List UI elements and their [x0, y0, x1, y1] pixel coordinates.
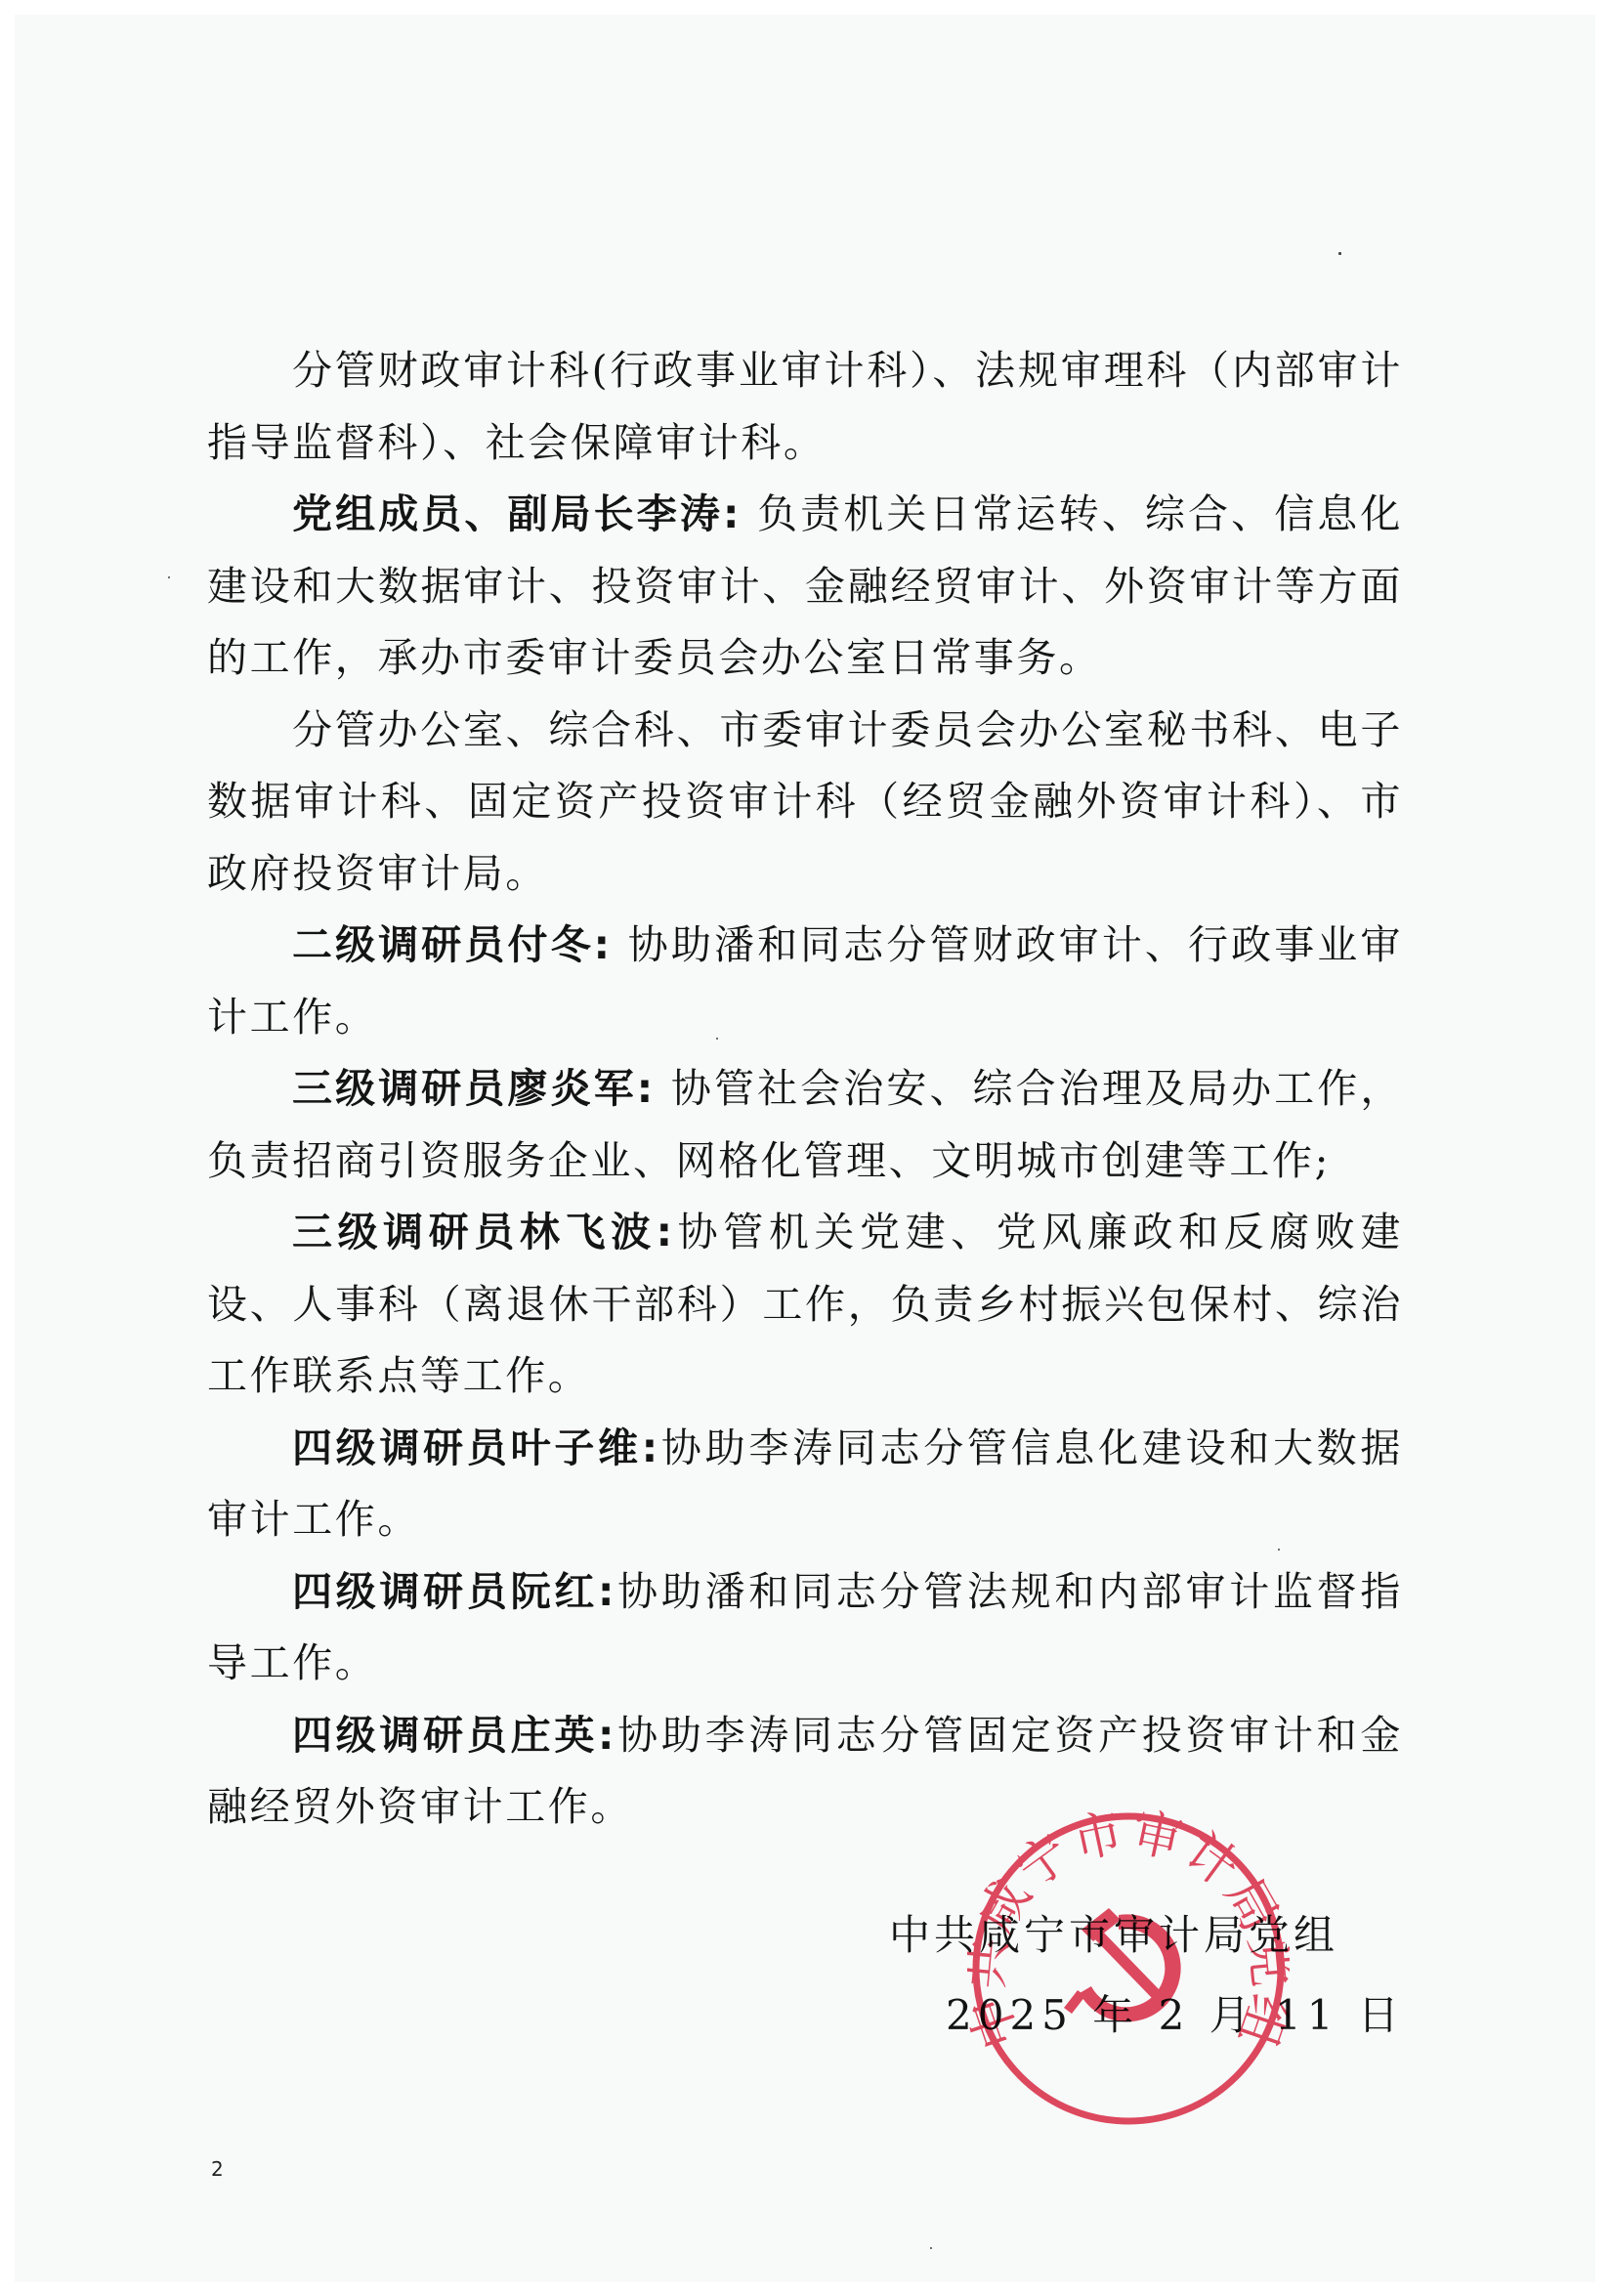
paragraph-fu-dong: 二级调研员付冬: 协助潘和同志分管财政审计、行政事业审计工作。 — [207, 910, 1403, 1053]
paragraph-ruan-hong: 四级调研员阮红:协助潘和同志分管法规和内部审计监督指导工作。 — [207, 1556, 1403, 1700]
hammer-and-sickle-icon — [1064, 1908, 1181, 2021]
paragraph-deputy-li-tao: 党组成员、副局长李涛: 负责机关日常运转、综合、信息化建设和大数据审计、投资审计… — [207, 479, 1403, 695]
paragraph-lead: 党组成员、副局长李涛: — [292, 490, 742, 537]
paragraph-lead: 三级调研员林飞波: — [292, 1209, 675, 1255]
paragraph-lead: 四级调研员阮红: — [292, 1568, 616, 1615]
scan-speck — [168, 576, 170, 578]
official-seal-stamp: 中共咸宁市审计局党组 — [967, 1807, 1290, 2130]
paragraph-li-tao-departments: 分管办公室、综合科、市委审计委员会办公室秘书科、电子数据审计科、固定资产投资审计… — [207, 695, 1403, 911]
paragraph-liao-yanjun: 三级调研员廖炎军: 协管社会治安、综合治理及局办工作，负责招商引资服务企业、网格… — [207, 1053, 1403, 1197]
scan-speck — [930, 2247, 932, 2249]
scan-speck — [1338, 252, 1341, 255]
document-body: 分管财政审计科(行政事业审计科）、法规审理科（内部审计指导监督科）、社会保障审计… — [207, 335, 1403, 1844]
paragraph-text: 分管办公室、综合科、市委审计委员会办公室秘书科、电子数据审计科、固定资产投资审计… — [207, 706, 1403, 897]
paragraph-lead: 四级调研员庄英: — [292, 1712, 616, 1759]
paragraph-lin-feibo: 三级调研员林飞波:协管机关党建、党风廉政和反腐败建设、人事科（离退休干部科）工作… — [207, 1197, 1403, 1413]
paragraph-lead: 四级调研员叶子维: — [292, 1424, 660, 1471]
paragraph-lead: 二级调研员付冬: — [292, 921, 613, 968]
paragraph-text: 分管财政审计科(行政事业审计科）、法规审理科（内部审计指导监督科）、社会保障审计… — [207, 347, 1403, 466]
paragraph-lead: 三级调研员廖炎军: — [292, 1065, 656, 1112]
paragraph-director-departments: 分管财政审计科(行政事业审计科）、法规审理科（内部审计指导监督科）、社会保障审计… — [207, 335, 1403, 479]
page-number: 2 — [211, 2157, 224, 2181]
paragraph-ye-ziwei: 四级调研员叶子维:协助李涛同志分管信息化建设和大数据审计工作。 — [207, 1413, 1403, 1556]
